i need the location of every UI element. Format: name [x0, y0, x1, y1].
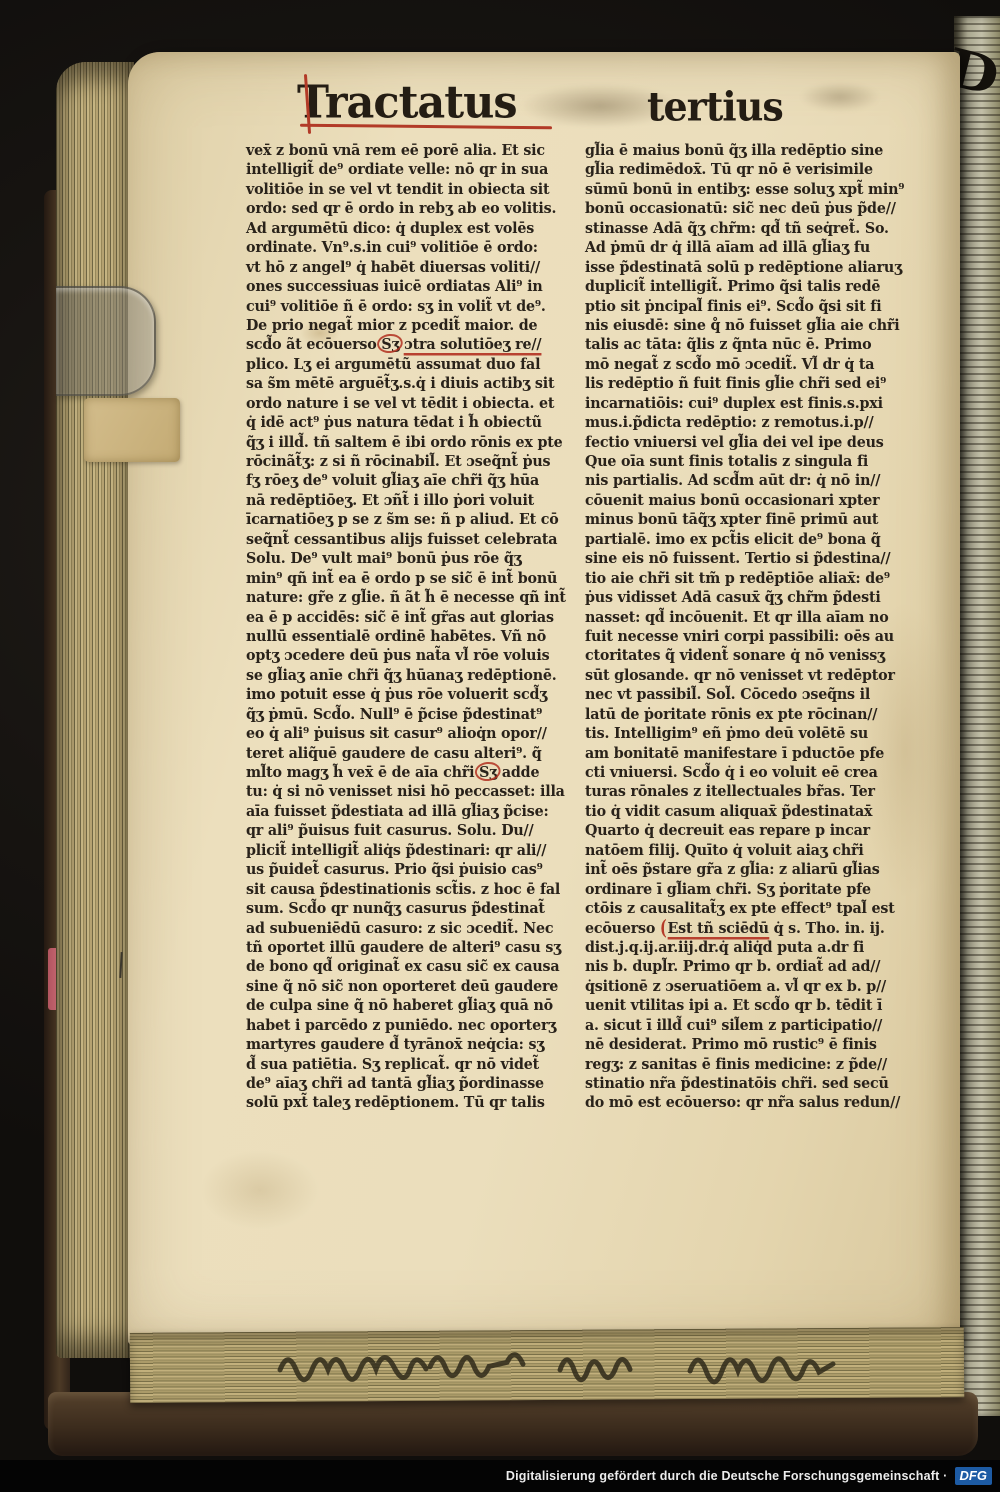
text-line: nis b. dupl̃r. Primo qr b. ordiat̃ ad ad… — [585, 957, 904, 976]
red-ring-mark: Sʒ — [381, 335, 399, 353]
text-line: ecōuerso (Est tñ sciēdū q̇ s. Tho. in. i… — [585, 919, 904, 938]
text-line: de⁹ aīaʒ chr̃i ad tantā gl̃iaʒ p̃ordinas… — [246, 1074, 566, 1093]
book-scan: D Tractatus tertius vex̄ z bonū vnā rem … — [0, 0, 1000, 1492]
plastic-clip — [56, 286, 156, 396]
text-line: duplicit̃ intelligit̃. Primo q̃si talis … — [585, 277, 904, 296]
text-line: fectio vniuersi vel gl̃ia dei vel ipe de… — [585, 433, 904, 452]
text-line: Que oīa sunt finis totalis z singula fi — [585, 452, 904, 471]
text-segment: q̇ s. Tho. in. ij. — [769, 919, 885, 937]
text-line: fʒ rōeʒ de⁹ voluit gl̃iaʒ aīe chr̃i q̃ʒ … — [246, 471, 566, 490]
text-line: sūmū bonū in entibʒ: esse soluʒ xpt̃ min… — [585, 180, 904, 199]
text-line: stinasse Adā q̃ʒ chr̃m: qd̃ tñ seq̇ret̃.… — [585, 219, 904, 238]
text-line: tio aie chr̃i sit tm̃ p redēptiōe aliax̄… — [585, 569, 904, 588]
text-line: q̇sitionē z ɔseruatiōem a. vl̃ qr ex b. … — [585, 977, 904, 996]
text-segment: adde — [497, 763, 539, 781]
text-line: qr ali⁹ p̃uisus fuit casurus. Solu. Du// — [246, 821, 566, 840]
text-line: ordo nature i se vel vt tēdit i obiecta.… — [246, 394, 566, 413]
red-underline-mark: ɔtra solutiōeʒ re// — [404, 335, 541, 353]
text-line: rōcinãt̃ʒ: z si ñ rōcinabil̃. Et ɔseq̃nt… — [246, 452, 566, 471]
text-line: us p̃uidet̃ casurus. Prio q̃si ṗuisio ca… — [246, 860, 566, 879]
text-line: ptio sit ṗncipal̃ finis ei⁹. Scd̃o q̃si … — [585, 297, 904, 316]
page-title-word-left: Tractatus — [297, 77, 517, 130]
text-line: tñ oportet illū gaudere de alteri⁹ casu … — [246, 938, 566, 957]
text-line: ctoritates q̃ vident̃ sonare q̇ nō venis… — [585, 646, 904, 665]
text-line: nature: gr̃e z gl̃ie. ñ ãt h̃ ē necesse … — [246, 588, 566, 607]
text-line: nis eiusdē: sine q̊ nō fuisset gl̃ia aie… — [585, 316, 904, 335]
text-line: plicit̃ intelligit̃ aliq̇s p̃destinari: … — [246, 841, 566, 860]
text-line: solū pxt̃ taleʒ redēptionem. Tū qr talis — [246, 1093, 566, 1112]
text-line: stinatio nr̃a p̃destinatōis chr̃i. sed s… — [585, 1074, 904, 1093]
text-line: ad subueniēdū casuro: z sic ɔcedit̃. Nec — [246, 919, 566, 938]
text-line: uenit vtilitas ipi a. Et scd̃o qr b. tēd… — [585, 996, 904, 1015]
text-line: Ad ṗmū dr q̇ illā aīam ad illā gl̃iaʒ fu — [585, 238, 904, 257]
text-line: tu: q̇ si nō venisset nisi hō peccasset:… — [246, 782, 566, 801]
text-line: ṗus vidisset Adā casux̄ q̃ʒ chr̃m p̃dest… — [585, 588, 904, 607]
text-line: d̃ sua patiētia. Sʒ replicat̃. qr nō vid… — [246, 1055, 566, 1074]
text-line: ea ē p accidēs: sic̃ ē int̃ gr̃as aut gl… — [246, 608, 566, 627]
text-line: imo potuit esse q̇ ṗus rōe voluerit scd̃… — [246, 685, 566, 704]
text-line: fuit necesse vniri corpi passibili: oēs … — [585, 627, 904, 646]
text-line: volitiōe in se vel vt tendit in obiecta … — [246, 180, 566, 199]
text-line: nis partialis. Ad scd̃m aūt dr: q̇ nō in… — [585, 471, 904, 490]
text-line: dist.j.q.ij.ar.iij.dr.q̇ aliq̇d puta a.d… — [585, 938, 904, 957]
red-underline-mark: Est tñ sciēdū — [667, 919, 768, 937]
page-tail-edge — [130, 1327, 964, 1403]
text-line: min⁹ qñ int̃ ea ē ordo p se sic̃ ē int̃ … — [246, 569, 566, 588]
text-line: sa s̃m mētē arguēt̃ʒ.s.q̇ i diuis actibʒ… — [246, 374, 566, 393]
text-line: minus bonū tāq̃ʒ xpter finē primū aut — [585, 510, 904, 529]
text-line: mus.i.p̃dicta redēptio: z remotus.i.p// — [585, 413, 904, 432]
text-line: martyres gaudere d̃ tyrānox̄ neq̇cia: sʒ — [246, 1035, 566, 1054]
credit-text: Digitalisierung gefördert durch die Deut… — [506, 1469, 948, 1483]
edge-inscription-handwriting — [130, 1327, 964, 1403]
text-line: ones successiuas iuicē ordiatas Ali⁹ in — [246, 277, 566, 296]
text-line: teret aliq̃uē gaudere de casu alteri⁹. q… — [246, 744, 566, 763]
text-line: īcarnatiōeʒ p se z s̃m se: ñ p aliud. Et… — [246, 510, 566, 529]
page-stack-left-edge — [56, 62, 134, 1358]
text-line: sine q̃ nō sic̃ non oporteret deū gauder… — [246, 977, 566, 996]
text-line: nec vt passibil̃. Sol̃. Cōcedo ɔseq̃ns i… — [585, 685, 904, 704]
text-line: de culpa sine q̃ nō haberet gl̃iaʒ quā n… — [246, 996, 566, 1015]
text-line: sine eis nō fuissent. Tertio si p̃destin… — [585, 549, 904, 568]
text-line: nasset: qd̃ incōuenit. Et qr illa aīam n… — [585, 608, 904, 627]
text-line: Quarto q̇ decreuit eas repare p incar — [585, 821, 904, 840]
text-line: vex̄ z bonū vnā rem eē porē alia. Et sic — [246, 141, 566, 160]
text-line: sūt glosande. qr nō venisset vt redēptor — [585, 666, 904, 685]
digitization-credit-bar: Digitalisierung gefördert durch die Deut… — [0, 1460, 1000, 1492]
column-left: vex̄ z bonū vnā rem eē porē alia. Et sic… — [246, 141, 583, 1113]
text-line: nē desiderat. Primo mō rustic⁹ ē finis — [585, 1035, 904, 1054]
text-segment: ecōuerso — [585, 919, 660, 937]
text-line: ordo: sed qr ē ordo in rebʒ ab eo voliti… — [246, 199, 566, 218]
text-line: optʒ ɔcedere deū ṗus nat̃a vl̃ rōe volui… — [246, 646, 566, 665]
text-line: scd̃o ãt ecōuerso Sʒ ɔtra solutiōeʒ re// — [246, 335, 566, 354]
column-right: gl̃ia ē maius bonū q̃ʒ illa redēptio sin… — [585, 141, 921, 1113]
text-line: lis redēptio ñ fuit finis gl̃ie chr̃i se… — [585, 374, 904, 393]
text-line: nullū essentialē ordinē habētes. Vñ nō — [246, 627, 566, 646]
text-line: a. sicut ī illd̃ cui⁹ sil̃em z participa… — [585, 1016, 904, 1035]
text-segment: ml̃to magʒ h̃ vex̄ ē de aīa chr̃i — [246, 763, 479, 781]
text-line: gl̃ia redimēdox̄. Tū qr nō ē verisimile — [585, 160, 904, 179]
dfg-logo: DFG — [955, 1467, 992, 1485]
text-line: cōuenit maius bonū occasionari xpter — [585, 491, 904, 510]
text-line: ctōis z causalitat̃ʒ ex pte effect⁹ tpal… — [585, 899, 904, 918]
text-line: se gl̃iaʒ anīe chr̃i q̃ʒ hūanaʒ redēptio… — [246, 666, 566, 685]
text-line: cui⁹ volitiōe ñ ē ordo: sʒ in volit̃ vt … — [246, 297, 566, 316]
text-line: incarnatiōis: cui⁹ duplex est finis.s.px… — [585, 394, 904, 413]
text-line: talis ac tāta: q̃lis z q̃nta nūc ē. Prim… — [585, 335, 904, 354]
text-line: sit causa p̃destinationis sct̃is. z hoc … — [246, 880, 566, 899]
text-line: bonū occasionatū: sic̃ nec deū ṗus p̃de/… — [585, 199, 904, 218]
facing-page-sliver: D — [954, 16, 1000, 1416]
text-line: habet i parcēdo z puniēdo. nec oporterʒ — [246, 1016, 566, 1035]
text-line: nā redēptiōeʒ. Et ɔñt̃ i illo ṗori volui… — [246, 491, 566, 510]
text-line: ordinate. Vn⁹.s.in cui⁹ volitiōe ē ordo: — [246, 238, 566, 257]
text-line: ml̃to magʒ h̃ vex̄ ē de aīa chr̃i Sʒ add… — [246, 763, 566, 782]
text-line: partialē. imo ex pct̃is elicit de⁹ bona … — [585, 530, 904, 549]
show-through-smudge — [800, 82, 880, 112]
text-line: regʒ: z sanitas ē finis medicine: z p̃de… — [585, 1055, 904, 1074]
text-line: q̇ idē act⁹ ṗus natura tēdat i h̃ obiect… — [246, 413, 566, 432]
text-line: mō negat̃ z scd̃o mō ɔcedit̃. Vl̃ dr q̇ … — [585, 355, 904, 374]
text-line: cti vniuersi. Scd̃o q̇ i eo voluit eē cr… — [585, 763, 904, 782]
text-line: am bonitatē manifestare ī pductōe pfe — [585, 744, 904, 763]
text-line: seq̃nt̃ cessantibus alijs fuisset celebr… — [246, 530, 566, 549]
text-line: tis. Intelligim⁹ eñ ṗmo deū volētē su — [585, 724, 904, 743]
text-line: intelligit̃ de⁹ ordiate velle: nō qr in … — [246, 160, 566, 179]
text-line: natōem filij. Quīto q̇ voluit aiaʒ chr̃i — [585, 841, 904, 860]
text-line: aīa fuisset p̃destiata ad illā gl̃iaʒ p̃… — [246, 802, 566, 821]
text-line: turas rōnales z itellectuales br̃as. Ter — [585, 782, 904, 801]
text-line: q̃ʒ i illd̃. tñ saltem ē ibi ordo rōnis … — [246, 433, 566, 452]
page-title-word-right: tertius — [647, 83, 783, 130]
text-line: do mō est ecōuerso: qr nr̃a salus redun/… — [585, 1093, 904, 1112]
text-segment: scd̃o ãt ecōuerso — [246, 335, 381, 353]
text-line: latū de ṗoritate rōnis ex pte rōcinan// — [585, 705, 904, 724]
text-line: sum. Scd̃o qr nunq̃ʒ casurus p̃destinat̃ — [246, 899, 566, 918]
text-line: int̃ oēs p̃stare gr̃a z gl̃ia: z aliarū … — [585, 860, 904, 879]
text-line: q̃ʒ ṗmū. Scd̃o. Null⁹ ē p̃cise p̃destina… — [246, 705, 566, 724]
text-line: isse p̃destinatā solū p redēptione aliar… — [585, 258, 904, 277]
text-line: eo q̇ ali⁹ ṗuisus sit casur⁹ alioq̇n opo… — [246, 724, 566, 743]
text-line: vt hō z angel⁹ q̇ habēt diuersas voliti/… — [246, 258, 566, 277]
text-line: gl̃ia ē maius bonū q̃ʒ illa redēptio sin… — [585, 141, 904, 160]
text-line: ordinare ī gl̃iam chr̃i. Sʒ ṗoritate pfe — [585, 880, 904, 899]
text-line: Solu. De⁹ vult mai⁹ bonū ṗus rōe q̃ʒ — [246, 549, 566, 568]
parchment-patch — [84, 398, 180, 462]
text-line: De prio negat̃ mior z pcedit̃ maior. de — [246, 316, 566, 335]
red-ring-mark: Sʒ — [479, 763, 497, 781]
text-line: plico. Lʒ ei argumētũ assumat duo fal — [246, 355, 566, 374]
text-line: tio q̇ vidit casum aliquax̄ p̃destinatax… — [585, 802, 904, 821]
text-line: Ad argumētū dico: q̇ duplex est volēs — [246, 219, 566, 238]
text-line: de bono qd̃ originat̃ ex casu sic̃ ex ca… — [246, 957, 566, 976]
